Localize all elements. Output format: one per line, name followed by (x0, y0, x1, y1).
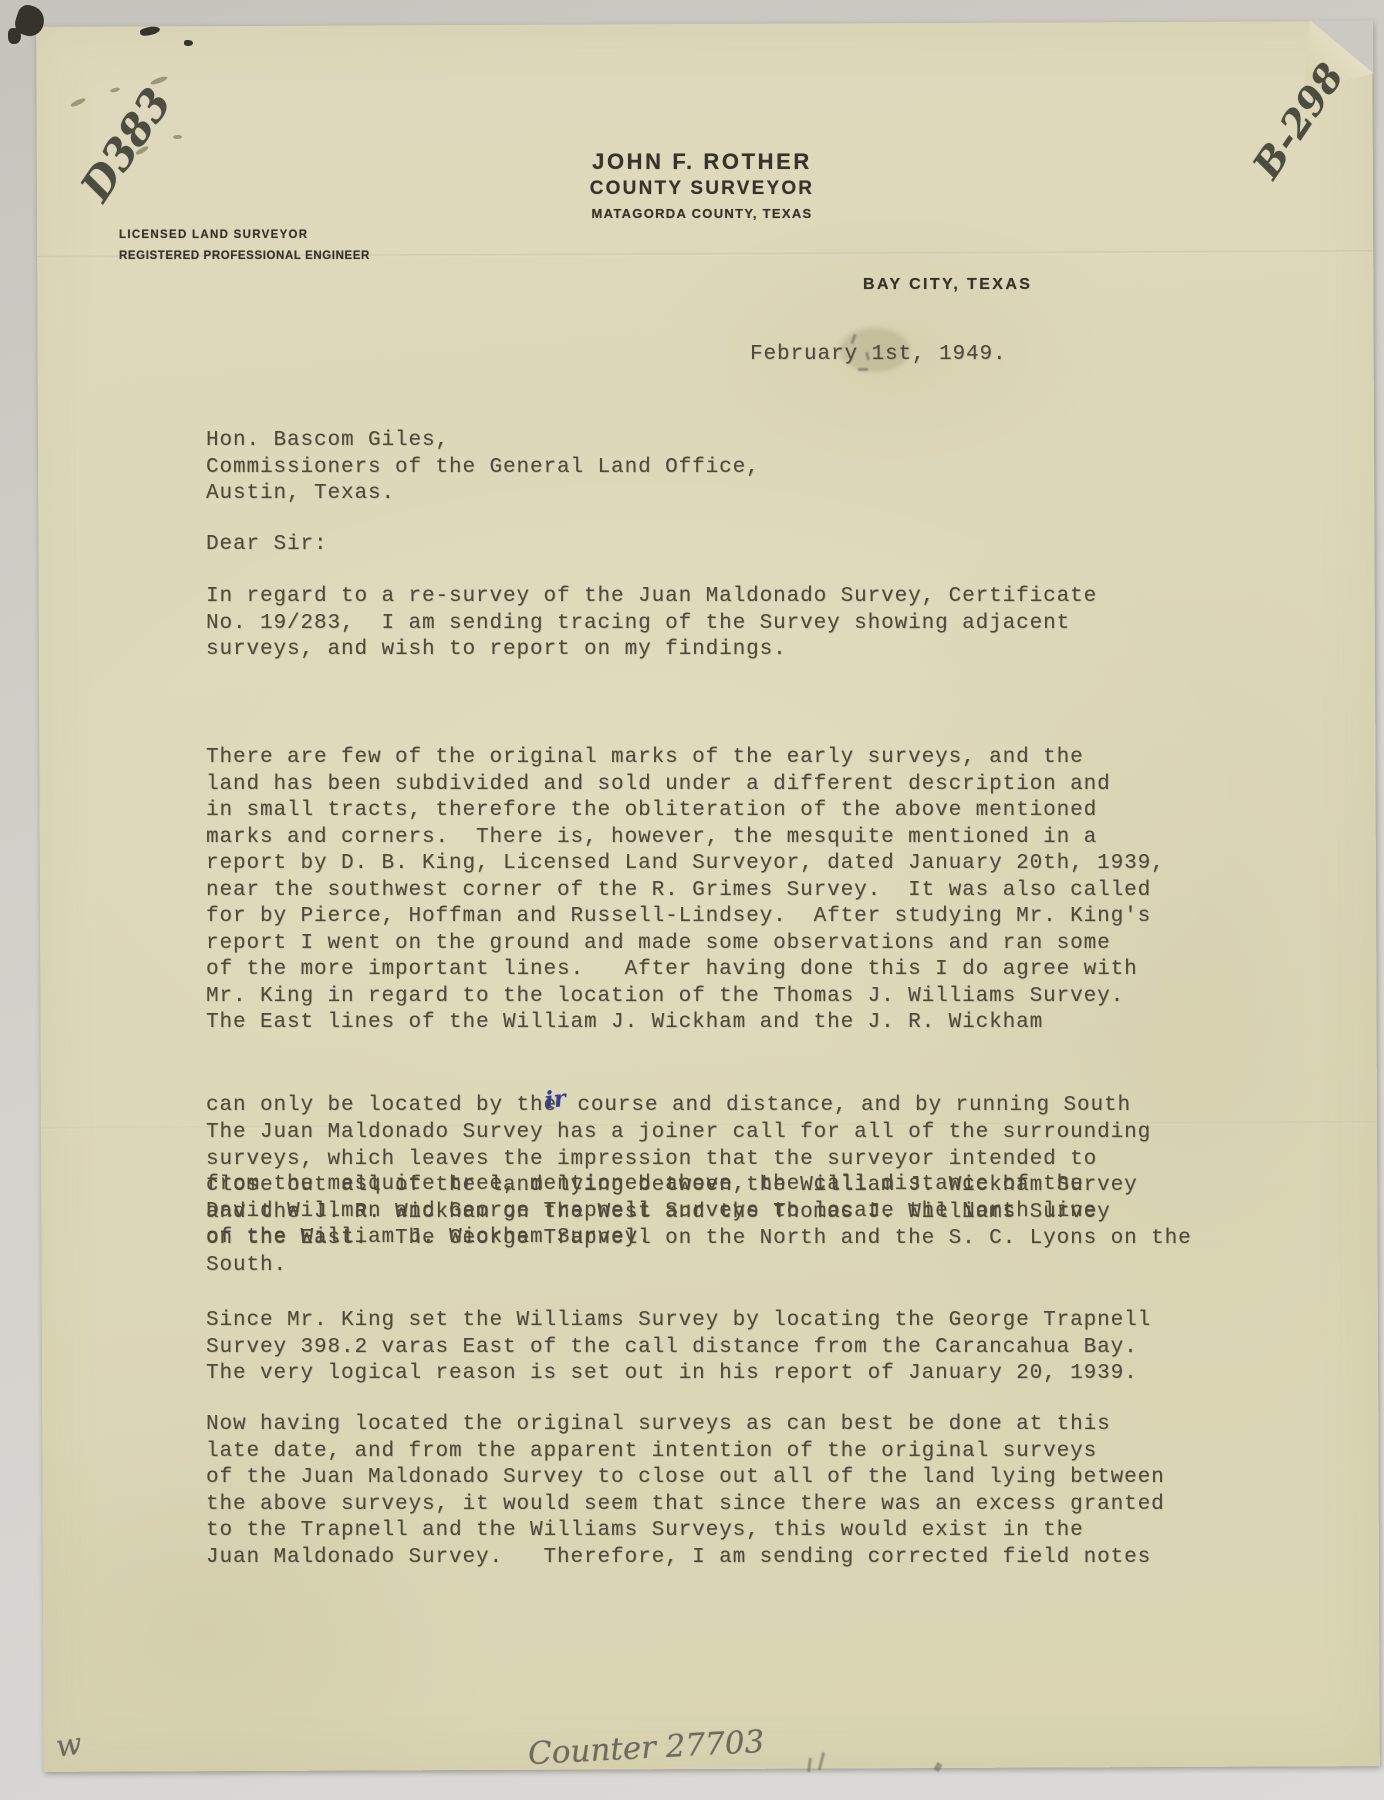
paragraph-2-part-a: There are few of the original marks of t… (206, 745, 1165, 1037)
paper-fleck (173, 135, 182, 139)
corrected-line-pre: can only be located by the (206, 1094, 557, 1117)
scanned-letter-page: JOHN F. ROTHER COUNTY SURVEYOR MATAGORDA… (0, 0, 1384, 1800)
handwritten-initial-bottom-left: w (54, 1726, 84, 1764)
paragraph-4: Since Mr. King set the Williams Survey b… (206, 1308, 1151, 1388)
corrected-line-post: course and distance, and by running Sout… (564, 1094, 1131, 1117)
letter-date: February 1st, 1949. (750, 342, 1007, 369)
paper-speck (8, 28, 21, 44)
paragraph-5: Now having located the original surveys … (206, 1412, 1165, 1571)
letterhead-title: COUNTY SURVEYOR (352, 178, 1052, 200)
letterhead-credential-1: LICENSED LAND SURVEYOR (119, 229, 308, 241)
recipient-address: Hon. Bascom Giles, Commissioners of the … (206, 428, 760, 508)
paper-speck (184, 40, 193, 46)
paragraph-1: In regard to a re-survey of the Juan Mal… (206, 584, 1097, 664)
letterhead-credential-2: REGISTERED PROFESSIONAL ENGINEER (119, 250, 370, 262)
handwritten-ink-correction: ir (544, 1085, 568, 1114)
letterhead-city: BAY CITY, TEXAS (863, 276, 1032, 294)
letterhead-name: JOHN F. ROTHER (352, 149, 1052, 175)
paragraph-2-corrected-line: can only be located by their course and … (206, 1090, 1165, 1120)
letterhead-county: MATAGORDA COUNTY, TEXAS (352, 206, 1052, 221)
salutation: Dear Sir: (206, 532, 328, 559)
paragraph-3: The Juan Maldonado Survey has a joiner c… (206, 1120, 1192, 1279)
